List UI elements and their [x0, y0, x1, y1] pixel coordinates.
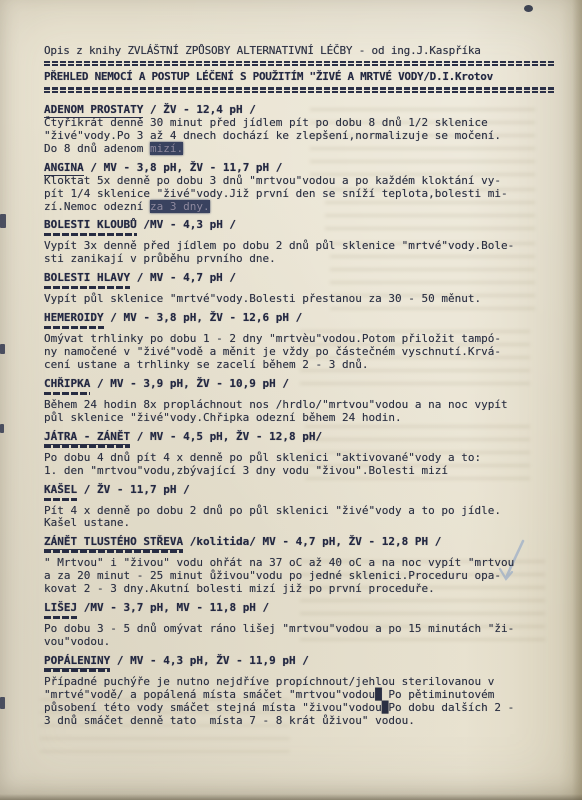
scanned-page: Opis z knihy ZVLÁŠTNÍ ZPŮSOBY ALTERNATIV… [0, 0, 582, 800]
treatment-text: Případné puchýře je nutno nejdříve propí… [44, 676, 554, 728]
ph-values: / ŽV - 12,4 pH / [143, 103, 256, 116]
disease-name: HEMEROIDY [44, 311, 104, 324]
separator-rule [44, 60, 554, 67]
disease-section: BOLESTI HLAVY / MV - 4,7 pH / Vypít půl … [44, 271, 554, 306]
ph-values: / MV - 3,8 pH, ŽV - 11,7 pH / [84, 161, 283, 174]
heading-rule [44, 232, 137, 238]
disease-name: ZÁNĚT TLUSTÉHO STŘEVA [44, 535, 183, 550]
disease-section: POPÁLENINY / MV - 4,3 pH, ŽV - 11,9 pH /… [44, 654, 554, 728]
disease-heading: BOLESTI KLOUBŮ /MV - 4,3 pH / [44, 218, 554, 231]
treatment-text: Kloktat 5x denně po dobu 3 dnů "mrtvou"v… [44, 175, 554, 214]
disease-heading: HEMEROIDY / MV - 3,8 pH, ŽV - 12,6 pH / [44, 311, 554, 324]
ph-values: / MV - 4,7 pH / [130, 271, 236, 284]
treatment-text: Po dobu 3 - 5 dnů omývat ráno lišej "mrt… [44, 623, 554, 649]
ph-values: /kolitida/ MV - 4,7 pH, ŽV - 12,8 PH / [183, 535, 441, 548]
disease-section: BOLESTI KLOUBŮ /MV - 4,3 pH / Vypít 3x d… [44, 218, 554, 266]
ph-values: /MV - 3,7 pH, MV - 11,8 pH / [77, 601, 269, 614]
ph-values: /MV - 4,3 pH / [137, 218, 236, 231]
disease-heading: ADENOM PROSTATY / ŽV - 12,4 pH / [44, 103, 554, 116]
heading-rule [44, 549, 183, 555]
disease-section: LIŠEJ /MV - 3,7 pH, MV - 11,8 pH / Po do… [44, 601, 554, 649]
treatment-text: " Mrtvou" i "živou" vodu ohřát na 37 oC … [44, 557, 554, 596]
heading-rule [44, 285, 130, 291]
ph-values: / ŽV - 11,7 pH / [77, 483, 190, 496]
separator-rule [44, 86, 554, 94]
disease-heading: CHŘIPKA / MV - 3,9 pH, ŽV - 10,9 pH / [44, 377, 554, 390]
treatment-text: Pít 4 x denně po dobu 2 dnů po půl sklen… [44, 505, 554, 531]
disease-name: BOLESTI KLOUBŮ [44, 218, 137, 231]
disease-heading: JÁTRA - ZÁNĚT / MV - 4,5 pH, ŽV - 12,8 p… [44, 430, 554, 443]
disease-section: JÁTRA - ZÁNĚT / MV - 4,5 pH, ŽV - 12,8 p… [44, 430, 554, 478]
disease-section: ANGINA / MV - 3,8 pH, ŽV - 11,7 pH / Klo… [44, 161, 554, 214]
disease-heading: ZÁNĚT TLUSTÉHO STŘEVA /kolitida/ MV - 4,… [44, 535, 554, 548]
heading-rule [44, 615, 77, 621]
heading-rule [44, 391, 90, 397]
disease-section: ZÁNĚT TLUSTÉHO STŘEVA /kolitida/ MV - 4,… [44, 535, 554, 596]
disease-heading: KAŠEL / ŽV - 11,7 pH / [44, 483, 554, 496]
heading-rule [44, 497, 77, 503]
ph-values: / MV - 4,3 pH, ŽV - 11,9 pH / [110, 654, 309, 667]
disease-name: JÁTRA - ZÁNĚT [44, 430, 130, 445]
ph-values: / MV - 3,9 pH, ŽV - 10,9 pH / [90, 377, 289, 390]
treatment-text: Vypít 3x denně před jídlem po dobu 2 dnů… [44, 240, 554, 266]
source-line: Opis z knihy ZVLÁŠTNÍ ZPŮSOBY ALTERNATIV… [44, 44, 554, 57]
disease-name: LIŠEJ [44, 601, 77, 614]
treatment-text: Vypít půl sklenice "mrtvé"vody.Bolesti p… [44, 293, 554, 306]
disease-name: CHŘIPKA [44, 377, 90, 390]
disease-name: KAŠEL [44, 483, 77, 496]
ph-values: / MV - 3,8 pH, ŽV - 12,6 pH / [104, 311, 303, 324]
disease-name: POPÁLENINY [44, 654, 110, 669]
disease-section: CHŘIPKA / MV - 3,9 pH, ŽV - 10,9 pH / Bě… [44, 377, 554, 425]
disease-heading: POPÁLENINY / MV - 4,3 pH, ŽV - 11,9 pH / [44, 654, 554, 667]
document-content: Opis z knihy ZVLÁŠTNÍ ZPŮSOBY ALTERNATIV… [0, 0, 582, 727]
disease-heading: ANGINA / MV - 3,8 pH, ŽV - 11,7 pH / [44, 161, 554, 174]
disease-name: BOLESTI HLAVY [44, 271, 130, 284]
disease-heading: LIŠEJ /MV - 3,7 pH, MV - 11,8 pH / [44, 601, 554, 614]
disease-section: KAŠEL / ŽV - 11,7 pH / Pít 4 x denně po … [44, 483, 554, 531]
treatment-text: Po dobu 4 dnů pít 4 x denně po půl sklen… [44, 452, 554, 478]
disease-heading: BOLESTI HLAVY / MV - 4,7 pH / [44, 271, 554, 284]
ph-values: / MV - 4,5 pH, ŽV - 12,8 pH/ [130, 430, 322, 443]
disease-section: HEMEROIDY / MV - 3,8 pH, ŽV - 12,6 pH / … [44, 311, 554, 372]
treatment-text: Čtyřikrát denně 30 minut před jídlem pít… [44, 117, 554, 156]
disease-section: ADENOM PROSTATY / ŽV - 12,4 pH / Čtyřikr… [44, 103, 554, 156]
page-title: PŘEHLED NEMOCÍ A POSTUP LÉČENÍ S POUŽITÍ… [44, 70, 554, 83]
treatment-text: Omývat trhlinky po dobu 1 - 2 dny "mrtvè… [44, 333, 554, 372]
heading-rule [44, 325, 104, 331]
treatment-text: Během 24 hodin 8x propláchnout nos /hrdl… [44, 399, 554, 425]
disease-list: ADENOM PROSTATY / ŽV - 12,4 pH / Čtyřikr… [44, 103, 554, 727]
